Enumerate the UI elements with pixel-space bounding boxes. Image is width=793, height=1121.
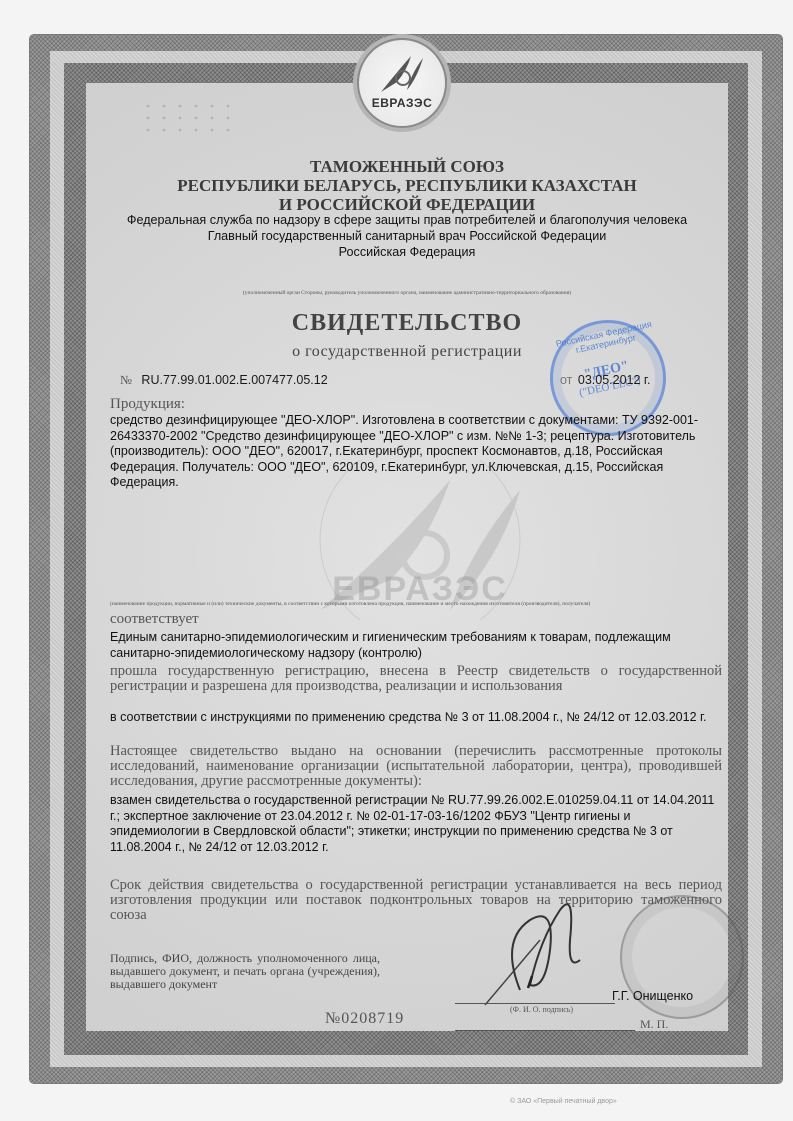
basis-documents: взамен свидетельства о государственной р… — [110, 793, 722, 855]
signature-icon — [480, 880, 590, 1010]
header-line-2: РЕСПУБЛИКИ БЕЛАРУСЬ, РЕСПУБЛИКИ КАЗАХСТА… — [86, 176, 728, 195]
emblem-label: ЕВРАЗЭС — [359, 96, 445, 110]
basis-label: Настоящее свидетельство выдано на основа… — [110, 744, 722, 789]
printer-note: © ЗАО «Первый печатный двор» — [510, 1098, 617, 1105]
certificate-number-value: RU.77.99.01.002.E.007477.05.12 — [141, 373, 327, 387]
evrazes-emblem: ЕВРАЗЭС — [357, 38, 447, 128]
registration-instructions: в соответствии с инструкциями по примене… — [110, 710, 722, 726]
compliance-requirements: Единым санитарно-эпидемиологическим и ги… — [110, 630, 722, 661]
validity-statement: Срок действия свидетельства о государств… — [110, 878, 722, 923]
country-name: Российская Федерация — [86, 244, 728, 260]
signature-caption: (Ф. И. О. подпись) — [510, 1005, 573, 1014]
number-sign: № — [120, 373, 132, 387]
authority-caption: (уполномоченный орган Стороны, руководит… — [86, 290, 728, 296]
product-label: Продукция: — [110, 396, 722, 413]
signature-label: Подпись, ФИО, должность уполномоченного … — [110, 952, 380, 991]
evrazes-logo-icon — [377, 52, 427, 96]
header-line-1: ТАМОЖЕННЫЙ СОЮЗ — [86, 157, 728, 176]
official-title: Главный государственный санитарный врач … — [86, 228, 728, 244]
decorative-dots — [140, 100, 230, 140]
seal-line — [455, 1030, 635, 1031]
date-prefix: от — [560, 373, 572, 387]
certificate-date-value: 03.05.2012 г. — [578, 373, 651, 387]
signer-name: Г.Г. Онищенко — [612, 989, 693, 1003]
signature-line — [455, 1003, 615, 1004]
product-caption: (наименование продукции, нормативные и (… — [110, 601, 725, 607]
certificate-number: № RU.77.99.01.002.E.007477.05.12 — [120, 373, 328, 388]
certificate-date: от 03.05.2012 г. — [560, 373, 650, 387]
union-header: ТАМОЖЕННЫЙ СОЮЗ РЕСПУБЛИКИ БЕЛАРУСЬ, РЕС… — [86, 157, 728, 214]
agency-name: Федеральная служба по надзору в сфере за… — [86, 212, 728, 228]
agency-header: Федеральная служба по надзору в сфере за… — [86, 212, 728, 260]
form-serial-number: №0208719 — [325, 1010, 404, 1028]
seal-mark: М. П. — [640, 1017, 668, 1032]
registration-statement: прошла государственную регистрацию, внес… — [110, 664, 722, 694]
compliance-label: соответствует — [110, 611, 722, 628]
product-description: средство дезинфицирующее "ДЕО-ХЛОР". Изг… — [110, 413, 722, 491]
